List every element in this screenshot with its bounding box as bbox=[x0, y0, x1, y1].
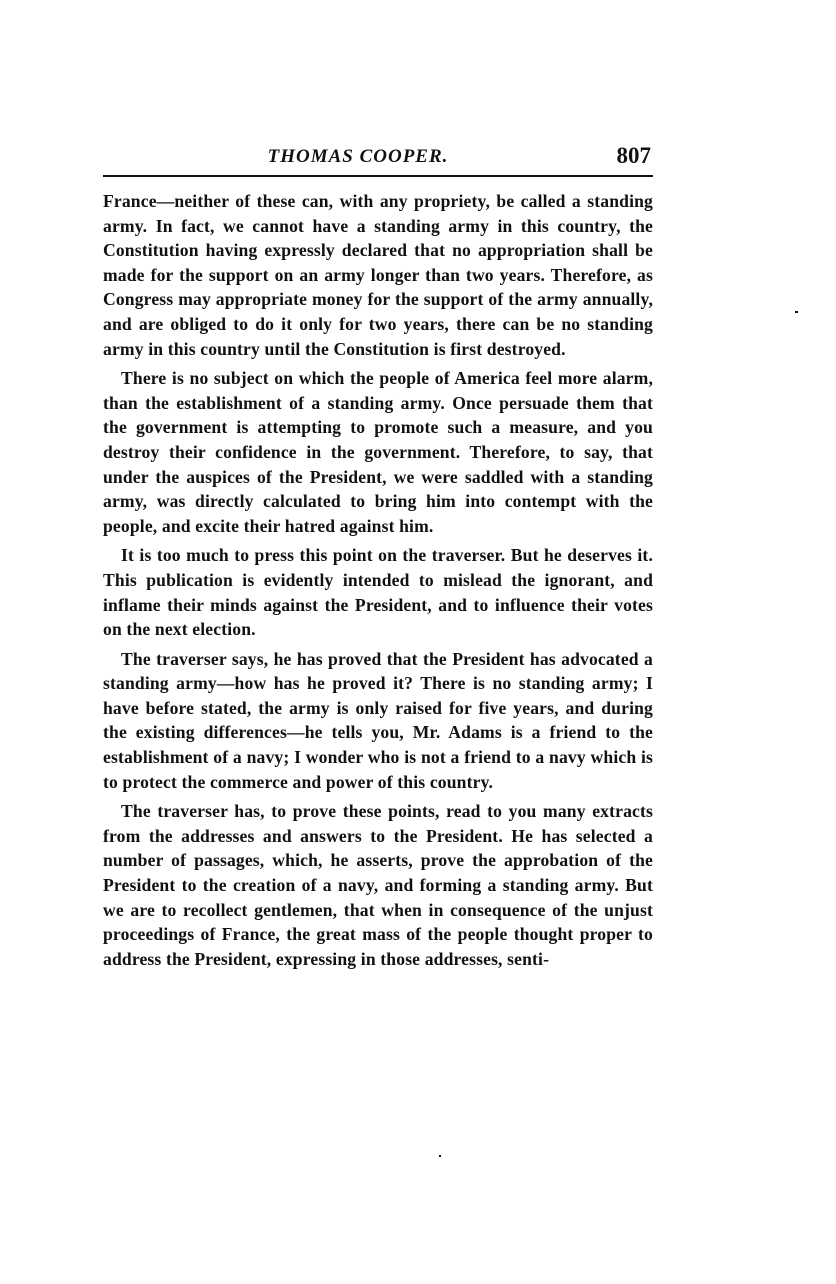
paragraph-5: The traverser has, to prove these points… bbox=[103, 799, 653, 971]
book-page: THOMAS COOPER. 807 France—neither of the… bbox=[103, 146, 653, 976]
header-rule bbox=[103, 175, 653, 177]
scan-speck-mark bbox=[795, 311, 798, 313]
paragraph-1: France—neither of these can, with any pr… bbox=[103, 189, 653, 361]
running-title: THOMAS COOPER. bbox=[103, 146, 653, 168]
paragraph-4: The traverser says, he has proved that t… bbox=[103, 647, 653, 795]
scan-speck-mark bbox=[439, 1155, 441, 1157]
paragraph-3: It is too much to press this point on th… bbox=[103, 543, 653, 641]
body-text: France—neither of these can, with any pr… bbox=[103, 189, 653, 971]
running-head: THOMAS COOPER. 807 bbox=[103, 146, 653, 174]
page-number: 807 bbox=[617, 143, 652, 169]
paragraph-2: There is no subject on which the people … bbox=[103, 366, 653, 538]
